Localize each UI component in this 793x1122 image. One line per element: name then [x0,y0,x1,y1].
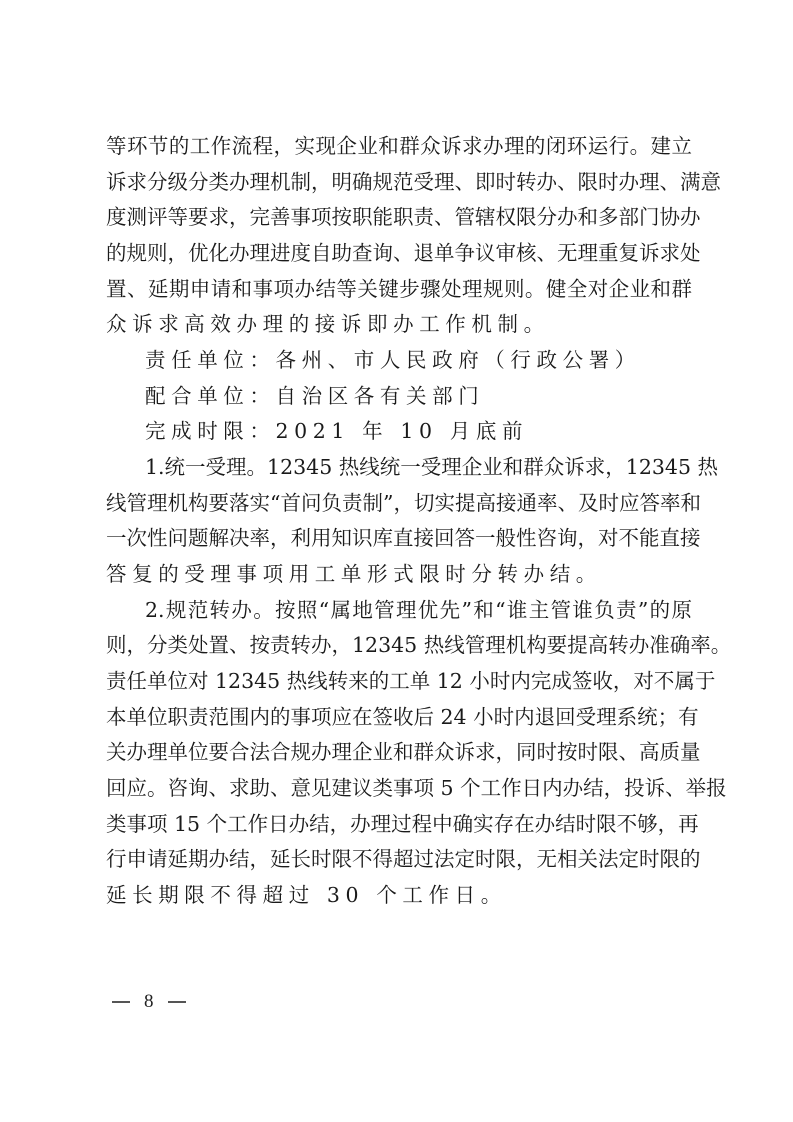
item-1-line: 一次性问题解决率，利用知识库直接回答一般性咨询，对不能直接 [106,521,692,555]
item-2-line: 责任单位对 12345 热线转来的工单 12 小时内完成签收，对不属于 [106,664,692,698]
item-1-line: 答复的受理事项用工单形式限时分转办结。 [106,557,692,591]
item-2-line: 2.规范转办。按照“属地管理优先”和“谁主管谁负责”的原 [145,593,692,627]
item-2-line: 类事项 15 个工作日办结，办理过程中确实存在办结时限不够，再 [106,807,692,841]
paragraph-line: 诉求分级分类办理机制，明确规范受理、即时转办、限时办理、满意 [106,165,692,199]
page-footer: 8 [112,987,186,1017]
dash-left [112,1001,130,1003]
paragraph-line: 置、延期申请和事项办结等关键步骤处理规则。健全对企业和群 [106,272,692,306]
item-2-line: 回应。咨询、求助、意见建议类事项 5 个工作日内办结，投诉、举报 [106,771,692,805]
paragraph-line: 众诉求高效办理的接诉即办工作机制。 [106,307,692,341]
dash-right [168,1001,186,1003]
responsible-unit: 责任单位：各州、市人民政府（行政公署） [145,343,692,377]
page-number: 8 [144,987,154,1017]
item-2-line: 行申请延期办结，延长时限不得超过法定时限，无相关法定时限的 [106,842,692,876]
item-2-line: 关办理单位要合法合规办理企业和群众诉求，同时按时限、高质量 [106,735,692,769]
deadline: 完成时限：2021 年 10 月底前 [145,414,692,448]
item-1-line: 1.统一受理。12345 热线统一受理企业和群众诉求，12345 热 [145,450,692,484]
document-page: 等环节的工作流程，实现企业和群众诉求办理的闭环运行。建立 诉求分级分类办理机制，… [0,0,793,1122]
item-2-line: 本单位职责范围内的事项应在签收后 24 小时内退回受理系统；有 [106,700,692,734]
item-2-line: 则，分类处置、按责转办，12345 热线管理机构要提高转办准确率。 [106,628,692,662]
paragraph-line: 等环节的工作流程，实现企业和群众诉求办理的闭环运行。建立 [106,129,692,163]
item-2-line: 延长期限不得超过 30 个工作日。 [106,878,692,912]
paragraph-line: 度测评等要求，完善事项按职能职责、管辖权限分办和多部门协办 [106,200,692,234]
cooperating-unit: 配合单位：自治区各有关部门 [145,379,692,413]
item-1-line: 线管理机构要落实“首问负责制”，切实提高接通率、及时应答率和 [106,486,692,520]
paragraph-line: 的规则，优化办理进度自助查询、退单争议审核、无理重复诉求处 [106,236,692,270]
